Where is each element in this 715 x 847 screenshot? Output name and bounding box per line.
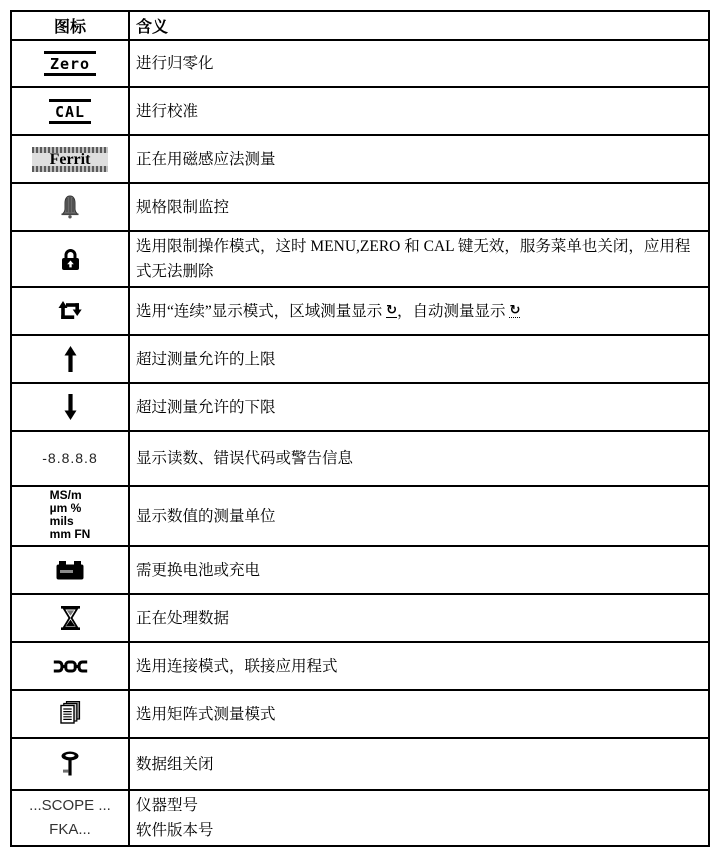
meaning-cell: 数据组关闭 xyxy=(129,738,709,790)
meaning-cell: 仪器型号 软件版本号 xyxy=(129,790,709,846)
icon-cell: ...SCOPE ... FKA... xyxy=(11,790,129,846)
meaning-cell: 显示数值的测量单位 xyxy=(129,486,709,546)
lock-icon xyxy=(60,248,81,271)
table-row: 选用“连续”显示模式，区域测量显示 ↻，自动测量显示 ↻ xyxy=(11,287,709,335)
icon-legend-table: 图标 含义 Zero 进行归零化 CAL 进行校准 Ferrit 正在用磁感应法… xyxy=(10,10,710,847)
software-version-text: FKA... xyxy=(18,818,122,842)
units-display: MS/m µm % mils mm FN xyxy=(50,489,91,541)
auto-measure-icon: ↻ xyxy=(509,305,520,318)
table-row: ...SCOPE ... FKA... 仪器型号 软件版本号 xyxy=(11,790,709,846)
icon-cell: CAL xyxy=(11,87,129,135)
digits-display: -8.8.8.8 xyxy=(42,450,97,466)
icon-cell: -8.8.8.8 xyxy=(11,431,129,486)
meaning-text-part: 选用“连续”显示模式，区域测量显示 xyxy=(136,303,386,320)
model-name-text: ...SCOPE ... xyxy=(18,794,122,818)
table-row: 正在处理数据 xyxy=(11,594,709,642)
area-measure-icon: ↻ xyxy=(386,305,397,318)
icon-cell xyxy=(11,690,129,738)
meaning-cell: 选用“连续”显示模式，区域测量显示 ↻，自动测量显示 ↻ xyxy=(129,287,709,335)
meaning-cell: 正在处理数据 xyxy=(129,594,709,642)
table-row: 选用连接模式，联接应用程式 xyxy=(11,642,709,690)
manual-page: 图标 含义 Zero 进行归零化 CAL 进行校准 Ferrit 正在用磁感应法… xyxy=(0,0,715,841)
header-meaning-column: 含义 xyxy=(129,11,709,40)
meaning-line: 软件版本号 xyxy=(136,818,702,843)
table-row: 数据组关闭 xyxy=(11,738,709,790)
icon-cell xyxy=(11,383,129,431)
table-row: Ferrit 正在用磁感应法测量 xyxy=(11,135,709,183)
icon-cell xyxy=(11,335,129,383)
unit-line: mm FN xyxy=(50,528,91,541)
meaning-cell: 规格限制监控 xyxy=(129,183,709,231)
table-row: 规格限制监控 xyxy=(11,183,709,231)
chain-link-icon xyxy=(52,660,89,673)
table-row: 超过测量允许的下限 xyxy=(11,383,709,431)
meaning-cell: 选用连接模式，联接应用程式 xyxy=(129,642,709,690)
table-header-row: 图标 含义 xyxy=(11,11,709,40)
meaning-cell: 选用矩阵式测量模式 xyxy=(129,690,709,738)
battery-icon xyxy=(56,561,84,580)
meaning-cell: 显示读数、错误代码或警告信息 xyxy=(129,431,709,486)
icon-cell: Ferrit xyxy=(11,135,129,183)
meaning-cell: 超过测量允许的上限 xyxy=(129,335,709,383)
table-row: 超过测量允许的上限 xyxy=(11,335,709,383)
meaning-cell: 进行归零化 xyxy=(129,40,709,87)
documents-stack-icon xyxy=(58,701,82,727)
key-icon xyxy=(59,751,81,777)
table-row: CAL 进行校准 xyxy=(11,87,709,135)
meaning-line: 仪器型号 xyxy=(136,793,702,818)
continuous-display-icon xyxy=(58,300,82,323)
meaning-cell: 需更换电池或充电 xyxy=(129,546,709,594)
arrow-down-icon xyxy=(64,394,77,420)
meaning-cell: 正在用磁感应法测量 xyxy=(129,135,709,183)
table-row: 选用限制操作模式，这时 MENU,ZERO 和 CAL 键无效，服务菜单也关闭，… xyxy=(11,231,709,287)
icon-cell xyxy=(11,183,129,231)
arrow-up-icon xyxy=(64,346,77,372)
bell-icon xyxy=(59,195,81,219)
icon-cell xyxy=(11,594,129,642)
icon-cell xyxy=(11,738,129,790)
hourglass-icon xyxy=(60,606,81,630)
icon-cell xyxy=(11,287,129,335)
table-row: Zero 进行归零化 xyxy=(11,40,709,87)
meaning-cell: 进行校准 xyxy=(129,87,709,135)
ferrit-indicator: Ferrit xyxy=(32,147,108,172)
meaning-cell: 超过测量允许的下限 xyxy=(129,383,709,431)
cal-button: CAL xyxy=(49,99,91,124)
table-row: 需更换电池或充电 xyxy=(11,546,709,594)
meaning-cell: 选用限制操作模式，这时 MENU,ZERO 和 CAL 键无效，服务菜单也关闭，… xyxy=(129,231,709,287)
table-row: 选用矩阵式测量模式 xyxy=(11,690,709,738)
icon-cell xyxy=(11,231,129,287)
table-row: -8.8.8.8 显示读数、错误代码或警告信息 xyxy=(11,431,709,486)
icon-cell xyxy=(11,642,129,690)
icon-cell: MS/m µm % mils mm FN xyxy=(11,486,129,546)
meaning-text-part: ，自动测量显示 xyxy=(397,303,509,320)
header-icon-column: 图标 xyxy=(11,11,129,40)
zero-button: Zero xyxy=(44,51,96,76)
table-row: MS/m µm % mils mm FN 显示数值的测量单位 xyxy=(11,486,709,546)
icon-cell: Zero xyxy=(11,40,129,87)
icon-cell xyxy=(11,546,129,594)
